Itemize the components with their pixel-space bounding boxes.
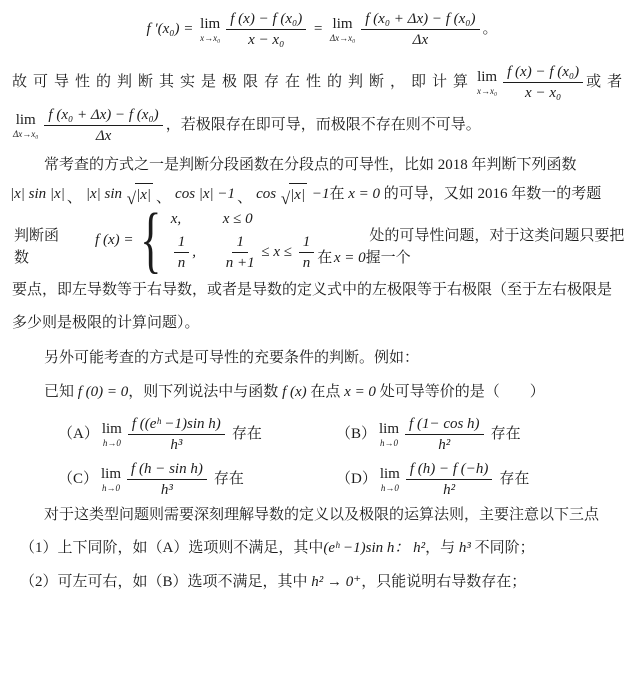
option-label: （A） <box>58 424 99 446</box>
limit-operator: lim h→0 <box>379 422 399 448</box>
exists-text: 存在 <box>214 469 244 491</box>
question-stem: 已知 f (0) = 0 ，则下列说法中与函数 f (x) 在点 x = 0 处… <box>10 382 634 404</box>
option-d: （D） lim h→0 f (h) − f (−h) h² 存在 <box>322 460 634 499</box>
option-a: （A） lim h→0 f ((eʰ −1)sin h) h³ 存在 <box>10 415 322 454</box>
option-b: （B） lim h→0 f (1− cos h) h² 存在 <box>322 415 634 454</box>
limit-operator: lim x→x₀ <box>200 17 220 43</box>
lim-word: lim <box>477 70 497 85</box>
lim-word: lim <box>102 422 122 437</box>
lim-subscript: Δx→x₀ <box>13 130 38 139</box>
numerator: f ((eʰ −1)sin h) <box>128 415 225 435</box>
fraction: f (h − sin h) h³ <box>127 460 207 499</box>
lim-subscript: h→0 <box>102 484 120 493</box>
lim-word: lim <box>333 17 353 32</box>
case-1-value: x, <box>171 209 223 231</box>
fraction: f (x₀ + Δx) − f (x₀) Δx <box>361 10 479 49</box>
inline-math: x = 0 <box>348 184 380 206</box>
inline-math: x = 0 <box>344 382 376 404</box>
paragraph-text: 的可导，又如 2016 年数一的考题 <box>380 184 601 206</box>
numerator: 1 <box>174 233 190 253</box>
paragraph-other-exam-style: 另外可能考查的方式是可导性的充要条件的判断。例如： <box>10 348 634 370</box>
function-4-tail: −1 <box>308 184 329 206</box>
lim-subscript: h→0 <box>381 484 399 493</box>
enumeration-comma: 、 <box>67 188 82 210</box>
denominator: n <box>303 253 311 272</box>
function-2: |x| sin <box>86 184 126 206</box>
limit-operator: lim h→0 <box>380 467 400 493</box>
question-text: 处可导等价的是（ ） <box>376 382 545 404</box>
case-1-condition: x ≤ 0 <box>223 209 318 231</box>
note-2: （2）可左可右，如（B）选项不满足，其中 h² → 0⁺ ，只能说明右导数存在； <box>10 572 634 594</box>
lim-subscript: x→x₀ <box>200 34 220 43</box>
fraction: 1 n <box>174 233 190 272</box>
lim-subscript: h→0 <box>103 439 121 448</box>
option-c: （C） lim h→0 f (h − sin h) h³ 存在 <box>10 460 322 499</box>
exists-text: 存在 <box>491 424 521 446</box>
lim-subscript: h→0 <box>380 439 398 448</box>
lim-subscript: x→x₀ <box>477 87 497 96</box>
option-label: （C） <box>58 469 98 491</box>
paragraph-text: 判断函数 <box>14 226 67 270</box>
functions-list-line: |x| sin |x| 、 |x| sin √|x| 、 cos |x| −1 … <box>10 183 634 207</box>
case-2-value: 1 n , <box>171 233 223 272</box>
paragraph-differentiability-judgment: 故可导性的判断其实是极限存在性的判断，即计算 lim x→x₀ f (x) − … <box>10 63 634 102</box>
period: 。 <box>483 19 498 41</box>
document-page: f ′(x₀) = lim x→x₀ f (x) − f (x₀) x − x₀… <box>0 0 644 683</box>
note-text: ，与 <box>425 538 459 560</box>
brace-symbol: { <box>140 209 161 272</box>
inline-math: h³ <box>459 538 471 560</box>
numerator: f (h) − f (−h) <box>406 460 493 480</box>
inline-math: (eʰ −1)sin h： h² <box>323 538 425 560</box>
equals-sign: = <box>309 19 327 41</box>
fraction: f (x₀ + Δx) − f (x₀) Δx <box>44 106 162 145</box>
formula-lhs: f ′(x₀) = <box>146 19 197 41</box>
paragraph-closing: 对于这类型问题则需要深刻理解导数的定义以及极限的运算法则，主要注意以下三点 <box>10 505 634 527</box>
inline-math: f (0) = 0 <box>78 382 129 404</box>
paragraph-text: 或者 <box>586 72 628 94</box>
fraction: f ((eʰ −1)sin h) h³ <box>128 415 225 454</box>
denominator: Δx <box>96 126 111 145</box>
piecewise-function: f (x) = { x, x ≤ 0 1 n , 1 n +1 <box>95 209 317 273</box>
denominator: Δx <box>413 30 428 49</box>
note-text: （2）可左可右，如（B）选项不满足，其中 <box>20 572 311 594</box>
numerator: 1 <box>232 233 248 253</box>
inline-math: x = 0 <box>334 248 366 270</box>
numerator: 1 <box>299 233 315 253</box>
question-text: 已知 <box>44 382 78 404</box>
numerator: f (x₀ + Δx) − f (x₀) <box>44 106 162 126</box>
sqrt-radical: √|x| <box>281 183 307 207</box>
limit-operator: lim Δx→x₀ <box>330 17 355 43</box>
paragraph-differentiability-judgment-cont: lim Δx→x₀ f (x₀ + Δx) − f (x₀) Δx ，若极限存在… <box>10 106 634 145</box>
note-1: （1）上下同阶，如（A）选项则不满足，其中 (eʰ −1)sin h： h² ，… <box>10 538 634 560</box>
numerator: f (x) − f (x₀) <box>226 10 306 30</box>
paragraph-key-point-cont: 多少则是极限的计算问题）。 <box>10 313 634 335</box>
case-2-condition: 1 n +1 ≤ x ≤ 1 n <box>223 233 318 272</box>
definition-formula: f ′(x₀) = lim x→x₀ f (x) − f (x₀) x − x₀… <box>10 6 634 51</box>
denominator: n <box>178 253 186 272</box>
fraction: f (x) − f (x₀) x − x₀ <box>226 10 306 49</box>
fraction: f (1− cos h) h² <box>405 415 484 454</box>
inline-math: f (x) <box>282 382 307 404</box>
numerator: f (1− cos h) <box>405 415 484 435</box>
fraction: 1 n +1 <box>226 233 255 272</box>
piecewise-cases: x, x ≤ 0 1 n , 1 n +1 ≤ x ≤ <box>171 209 318 273</box>
paragraph-text: 故可导性的判断其实是极限存在性的判断，即计算 <box>12 72 474 94</box>
denominator: h² <box>438 435 450 454</box>
exists-text: 存在 <box>499 469 529 491</box>
lim-word: lim <box>380 467 400 482</box>
numerator: f (h − sin h) <box>127 460 207 480</box>
enumeration-comma: 、 <box>237 188 252 210</box>
function-4: cos <box>256 184 280 206</box>
denominator: h³ <box>161 480 173 499</box>
exists-text: 存在 <box>232 424 262 446</box>
question-text: ，则下列说法中与函数 <box>128 382 282 404</box>
limit-operator: lim x→x₀ <box>477 70 497 96</box>
function-1: |x| sin |x| <box>10 184 65 206</box>
numerator: f (x₀ + Δx) − f (x₀) <box>361 10 479 30</box>
note-text: ，只能说明右导数存在； <box>361 572 526 594</box>
radicand: |x| <box>289 183 307 207</box>
fraction: f (h) − f (−h) h² <box>406 460 493 499</box>
paragraph-exam-style: 常考查的方式之一是判断分段函数在分段点的可导性，比如 2018 年判断下列函数 <box>10 155 634 177</box>
lim-word: lim <box>379 422 399 437</box>
lim-word: lim <box>200 17 220 32</box>
paragraph-text: 处的可导性问题，对于这类问题只要把握一个 <box>366 226 634 270</box>
limit-operator: lim h→0 <box>101 467 121 493</box>
paragraph-text: 在 <box>317 248 334 270</box>
denominator: h² <box>443 480 455 499</box>
fraction: 1 n <box>299 233 315 272</box>
option-label: （D） <box>336 469 377 491</box>
options-row-1: （A） lim h→0 f ((eʰ −1)sin h) h³ 存在 （B） l… <box>10 415 634 454</box>
option-label: （B） <box>336 424 376 446</box>
numerator: f (x) − f (x₀) <box>503 63 583 83</box>
inline-math: h² → 0⁺ <box>311 572 361 594</box>
note-text: 不同阶； <box>471 538 535 560</box>
limit-operator: lim Δx→x₀ <box>13 113 38 139</box>
lim-word: lim <box>101 467 121 482</box>
fraction: f (x) − f (x₀) x − x₀ <box>503 63 583 102</box>
piecewise-function-paragraph: 判断函数 f (x) = { x, x ≤ 0 1 n , 1 n +1 <box>10 209 634 273</box>
question-text: 在点 <box>307 382 345 404</box>
denominator: x − x₀ <box>525 83 561 102</box>
lim-subscript: Δx→x₀ <box>330 34 355 43</box>
denominator: h³ <box>170 435 182 454</box>
denominator: x − x₀ <box>248 30 284 49</box>
options-row-2: （C） lim h→0 f (h − sin h) h³ 存在 （D） lim … <box>10 460 634 499</box>
limit-operator: lim h→0 <box>102 422 122 448</box>
denominator: n +1 <box>226 253 255 272</box>
function-lhs: f (x) = <box>95 230 137 252</box>
comma: , <box>192 242 196 264</box>
paragraph-text: 在 <box>329 184 348 206</box>
paragraph-text: ，若极限存在即可导，而极限不存在则不可导。 <box>166 115 481 137</box>
lim-word: lim <box>16 113 36 128</box>
function-3: cos |x| −1 <box>175 184 235 206</box>
inequality: ≤ x ≤ <box>258 242 296 264</box>
paragraph-key-point: 要点，即左导数等于右导数，或者是导数的定义式中的左极限等于右极限（至于左右极限是 <box>10 280 634 302</box>
note-text: （1）上下同阶，如（A）选项则不满足，其中 <box>20 538 323 560</box>
